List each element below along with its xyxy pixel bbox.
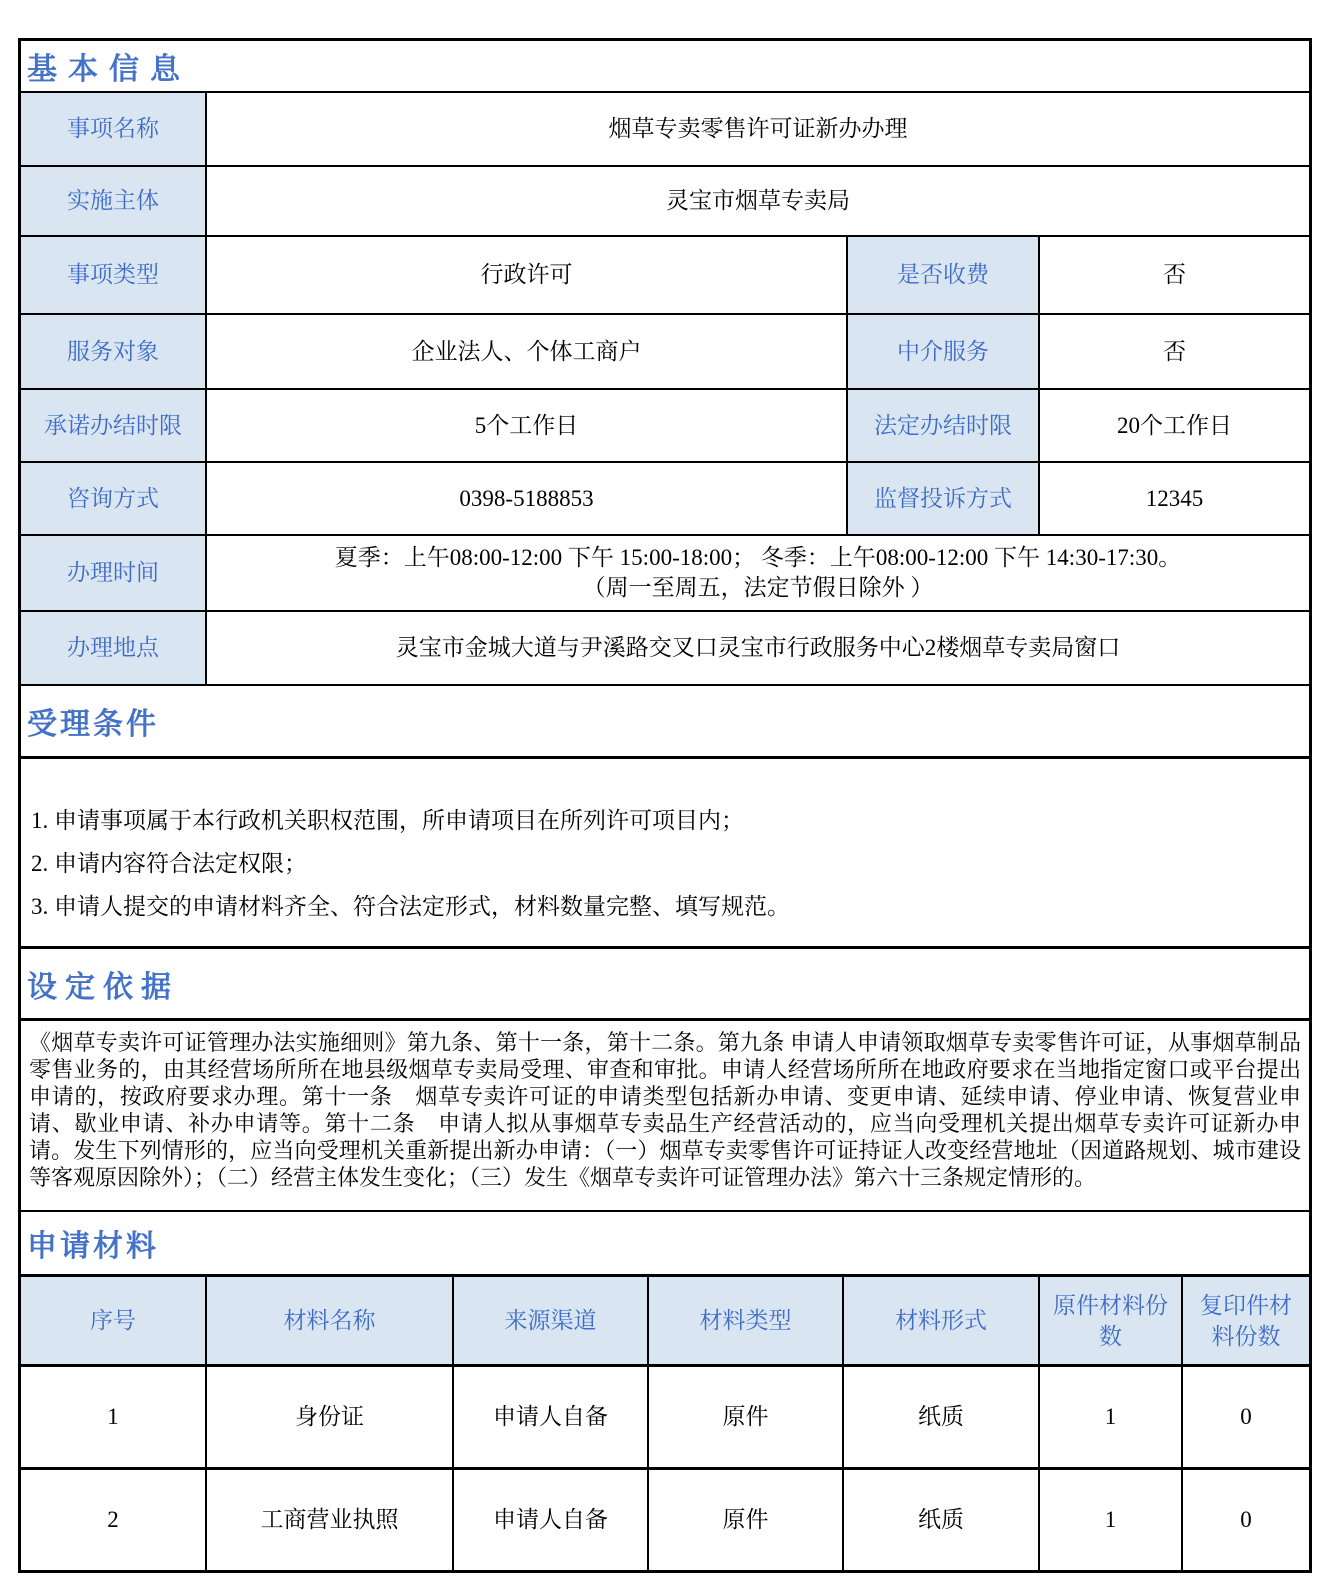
row-office-hours: 办理时间 夏季：上午08:00-12:00 下午 15:00-18:00； 冬季… bbox=[21, 534, 1309, 610]
row-promise-time: 承诺办结时限 5个工作日 法定办结时限 20个工作日 bbox=[21, 388, 1309, 461]
item-type-label: 事项类型 bbox=[21, 237, 205, 313]
basis-text: 《烟草专卖许可证管理办法实施细则》第九条、第十一条，第十二条。第九条 申请人申请… bbox=[21, 1018, 1309, 1210]
implementer-label: 实施主体 bbox=[21, 167, 205, 235]
consult-label: 咨询方式 bbox=[21, 463, 205, 534]
implementer-value: 灵宝市烟草专卖局 bbox=[205, 167, 1309, 235]
basis-title: 设定依据 bbox=[27, 962, 179, 1006]
intermediary-value: 否 bbox=[1038, 315, 1309, 388]
promise-time-value: 5个工作日 bbox=[205, 390, 846, 461]
material-2-seq: 2 bbox=[21, 1470, 205, 1570]
material-2-original: 1 bbox=[1038, 1470, 1181, 1570]
material-2-type: 原件 bbox=[647, 1470, 842, 1570]
material-2-name: 工商营业执照 bbox=[205, 1470, 452, 1570]
col-header-source: 来源渠道 bbox=[452, 1277, 647, 1364]
material-2-source: 申请人自备 bbox=[452, 1470, 647, 1570]
item-type-value: 行政许可 bbox=[205, 237, 846, 313]
condition-item-2: 2. 申请内容符合法定权限； bbox=[31, 842, 1299, 885]
section-acceptance-header: 受理条件 bbox=[21, 684, 1309, 756]
service-object-value: 企业法人、个体工商户 bbox=[205, 315, 846, 388]
office-hours-value: 夏季：上午08:00-12:00 下午 15:00-18:00； 冬季：上午08… bbox=[205, 536, 1309, 610]
section-basis-header: 设定依据 bbox=[21, 946, 1309, 1018]
location-value: 灵宝市金城大道与尹溪路交叉口灵宝市行政服务中心2楼烟草专卖局窗口 bbox=[205, 612, 1309, 684]
row-item-name: 事项名称 烟草专卖零售许可证新办办理 bbox=[21, 91, 1309, 165]
col-header-name: 材料名称 bbox=[205, 1277, 452, 1364]
complaint-phone-value: 12345 bbox=[1038, 463, 1309, 534]
row-service-object: 服务对象 企业法人、个体工商户 中介服务 否 bbox=[21, 313, 1309, 388]
fee-value: 否 bbox=[1038, 237, 1309, 313]
service-info-document: 基本信息 事项名称 烟草专卖零售许可证新办办理 实施主体 灵宝市烟草专卖局 事项… bbox=[18, 38, 1312, 1573]
legal-time-label: 法定办结时限 bbox=[846, 390, 1038, 461]
promise-time-label: 承诺办结时限 bbox=[21, 390, 205, 461]
material-row-1: 1 身份证 申请人自备 原件 纸质 1 0 bbox=[21, 1364, 1309, 1467]
service-object-label: 服务对象 bbox=[21, 315, 205, 388]
condition-item-3: 3. 申请人提交的申请材料齐全、符合法定形式，材料数量完整、填写规范。 bbox=[31, 885, 1299, 928]
material-1-source: 申请人自备 bbox=[452, 1367, 647, 1467]
office-hours-line1: 夏季：上午08:00-12:00 下午 15:00-18:00； 冬季：上午08… bbox=[335, 543, 1182, 573]
acceptance-title: 受理条件 bbox=[27, 699, 159, 743]
consult-phone-value: 0398-5188853 bbox=[205, 463, 846, 534]
col-header-type: 材料类型 bbox=[647, 1277, 842, 1364]
legal-time-value: 20个工作日 bbox=[1038, 390, 1309, 461]
row-implementer: 实施主体 灵宝市烟草专卖局 bbox=[21, 165, 1309, 235]
material-2-form: 纸质 bbox=[842, 1470, 1038, 1570]
col-header-copy: 复印件材料份数 bbox=[1181, 1277, 1309, 1364]
row-location: 办理地点 灵宝市金城大道与尹溪路交叉口灵宝市行政服务中心2楼烟草专卖局窗口 bbox=[21, 610, 1309, 684]
materials-table-header: 序号 材料名称 来源渠道 材料类型 材料形式 原件材料份数 复印件材料份数 bbox=[21, 1274, 1309, 1364]
condition-item-1: 1. 申请事项属于本行政机关职权范围，所申请项目在所列许可项目内； bbox=[31, 799, 1299, 842]
complaint-label: 监督投诉方式 bbox=[846, 463, 1038, 534]
office-hours-label: 办理时间 bbox=[21, 536, 205, 610]
acceptance-conditions: 1. 申请事项属于本行政机关职权范围，所申请项目在所列许可项目内； 2. 申请内… bbox=[21, 756, 1309, 946]
material-1-original: 1 bbox=[1038, 1367, 1181, 1467]
material-1-name: 身份证 bbox=[205, 1367, 452, 1467]
row-consult: 咨询方式 0398-5188853 监督投诉方式 12345 bbox=[21, 461, 1309, 534]
office-hours-line2: （周一至周五，法定节假日除外 ） bbox=[583, 573, 934, 603]
item-name-label: 事项名称 bbox=[21, 93, 205, 165]
material-1-type: 原件 bbox=[647, 1367, 842, 1467]
col-header-original: 原件材料份数 bbox=[1038, 1277, 1181, 1364]
row-item-type: 事项类型 行政许可 是否收费 否 bbox=[21, 235, 1309, 313]
material-row-2: 2 工商营业执照 申请人自备 原件 纸质 1 0 bbox=[21, 1467, 1309, 1570]
materials-title: 申请材料 bbox=[27, 1221, 159, 1265]
section-basic-info-header: 基本信息 bbox=[21, 41, 1309, 91]
basic-info-title: 基本信息 bbox=[27, 44, 191, 88]
item-name-value: 烟草专卖零售许可证新办办理 bbox=[205, 93, 1309, 165]
material-1-form: 纸质 bbox=[842, 1367, 1038, 1467]
material-1-seq: 1 bbox=[21, 1367, 205, 1467]
col-header-seq: 序号 bbox=[21, 1277, 205, 1364]
location-label: 办理地点 bbox=[21, 612, 205, 684]
fee-label: 是否收费 bbox=[846, 237, 1038, 313]
section-materials-header: 申请材料 bbox=[21, 1210, 1309, 1274]
col-header-form: 材料形式 bbox=[842, 1277, 1038, 1364]
intermediary-label: 中介服务 bbox=[846, 315, 1038, 388]
material-2-copy: 0 bbox=[1181, 1470, 1309, 1570]
material-1-copy: 0 bbox=[1181, 1367, 1309, 1467]
